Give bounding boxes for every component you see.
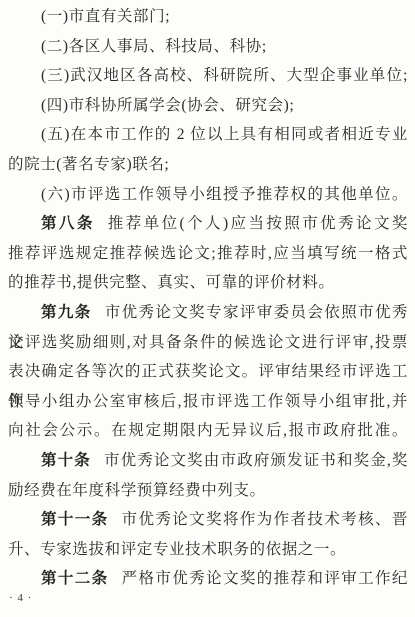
line-text: 文评选奖励细则,对具备条件的候选论文进行评审,投票: [8, 334, 408, 351]
line-text: 市优秀论文奖将作为作者技术考核、晋: [122, 511, 408, 528]
text-line: 第十条市优秀论文奖由市政府颁发证书和奖金,奖: [8, 446, 408, 476]
text-line: (五)在本市工作的 2 位以上具有相同或者相近专业: [8, 120, 408, 150]
text-line: (三)武汉地区各高校、科研院所、大型企事业单位;: [8, 61, 408, 91]
line-text: 励经费在年度科学预算经费中列支。: [8, 482, 266, 499]
text-line: 推荐评选规定推荐候选论文;推荐时,应当填写统一格式: [8, 239, 408, 269]
line-text: 的推荐书,提供完整、真实、可靠的评价材料。: [8, 274, 334, 291]
line-text: 领导小组办公室审核后,报市评选工作领导小组审批,并: [8, 393, 408, 410]
line-text: 严格市优秀论文奖的推荐和评审工作纪: [122, 570, 408, 587]
line-text: (五)在本市工作的 2 位以上具有相同或者相近专业: [41, 126, 408, 143]
text-line: 文评选奖励细则,对具备条件的候选论文进行评审,投票: [8, 328, 408, 358]
text-line: (六)市评选工作领导小组授予推荐权的其他单位。: [8, 180, 408, 210]
text-line: 第八条推荐单位(个人)应当按照市优秀论文奖: [8, 209, 408, 239]
line-text: 向社会公示。在规定期限内无异议后,报市政府批准。: [8, 422, 408, 439]
line-text: (二)各区人事局、科技局、科协;: [41, 38, 267, 55]
text-line: 励经费在年度科学预算经费中列支。: [8, 476, 408, 506]
text-line: 第九条市优秀论文奖专家评审委员会依照市优秀论: [8, 298, 408, 328]
text-line: 第十一条市优秀论文奖将作为作者技术考核、晋: [8, 505, 408, 535]
line-text: (一)市直有关部门;: [41, 8, 170, 25]
line-text: (四)市科协所属学会(协会、研究会);: [41, 97, 294, 114]
text-line: (一)市直有关部门;: [8, 2, 408, 32]
text-line: 的推荐书,提供完整、真实、可靠的评价材料。: [8, 268, 408, 298]
text-line: 升、专家选拔和评定专业技术职务的依据之一。: [8, 535, 408, 565]
text-line: 表决确定各等次的正式获奖论文。评审结果经市评选工作: [8, 357, 408, 387]
text-line: 领导小组办公室审核后,报市评选工作领导小组审批,并: [8, 387, 408, 417]
line-text: 的院士(著名专家)联名;: [8, 156, 169, 173]
text-line: (二)各区人事局、科技局、科协;: [8, 32, 408, 62]
line-text: (三)武汉地区各高校、科研院所、大型企事业单位;: [41, 67, 408, 84]
text-line: 向社会公示。在规定期限内无异议后,报市政府批准。: [8, 416, 408, 446]
document-page: (一)市直有关部门;(二)各区人事局、科技局、科协;(三)武汉地区各高校、科研院…: [0, 0, 415, 617]
article-number: 第八条: [41, 215, 95, 232]
line-text: 推荐评选规定推荐候选论文;推荐时,应当填写统一格式: [8, 245, 408, 262]
line-text: (六)市评选工作领导小组授予推荐权的其他单位。: [41, 186, 408, 203]
line-text: 升、专家选拔和评定专业技术职务的依据之一。: [8, 541, 346, 558]
article-number: 第十二条: [41, 570, 109, 587]
article-number: 第十条: [41, 452, 91, 469]
line-text: 市优秀论文奖由市政府颁发证书和奖金,奖: [104, 452, 408, 469]
line-text: 推荐单位(个人)应当按照市优秀论文奖: [108, 215, 408, 232]
article-number: 第十一条: [41, 511, 109, 528]
article-number: 第九条: [41, 304, 92, 321]
page-number: · 4 ·: [9, 592, 32, 604]
text-line: 第十二条严格市优秀论文奖的推荐和评审工作纪: [8, 564, 408, 594]
text-line: 的院士(著名专家)联名;: [8, 150, 408, 180]
text-line: (四)市科协所属学会(协会、研究会);: [8, 91, 408, 121]
document-body: (一)市直有关部门;(二)各区人事局、科技局、科协;(三)武汉地区各高校、科研院…: [8, 2, 408, 594]
